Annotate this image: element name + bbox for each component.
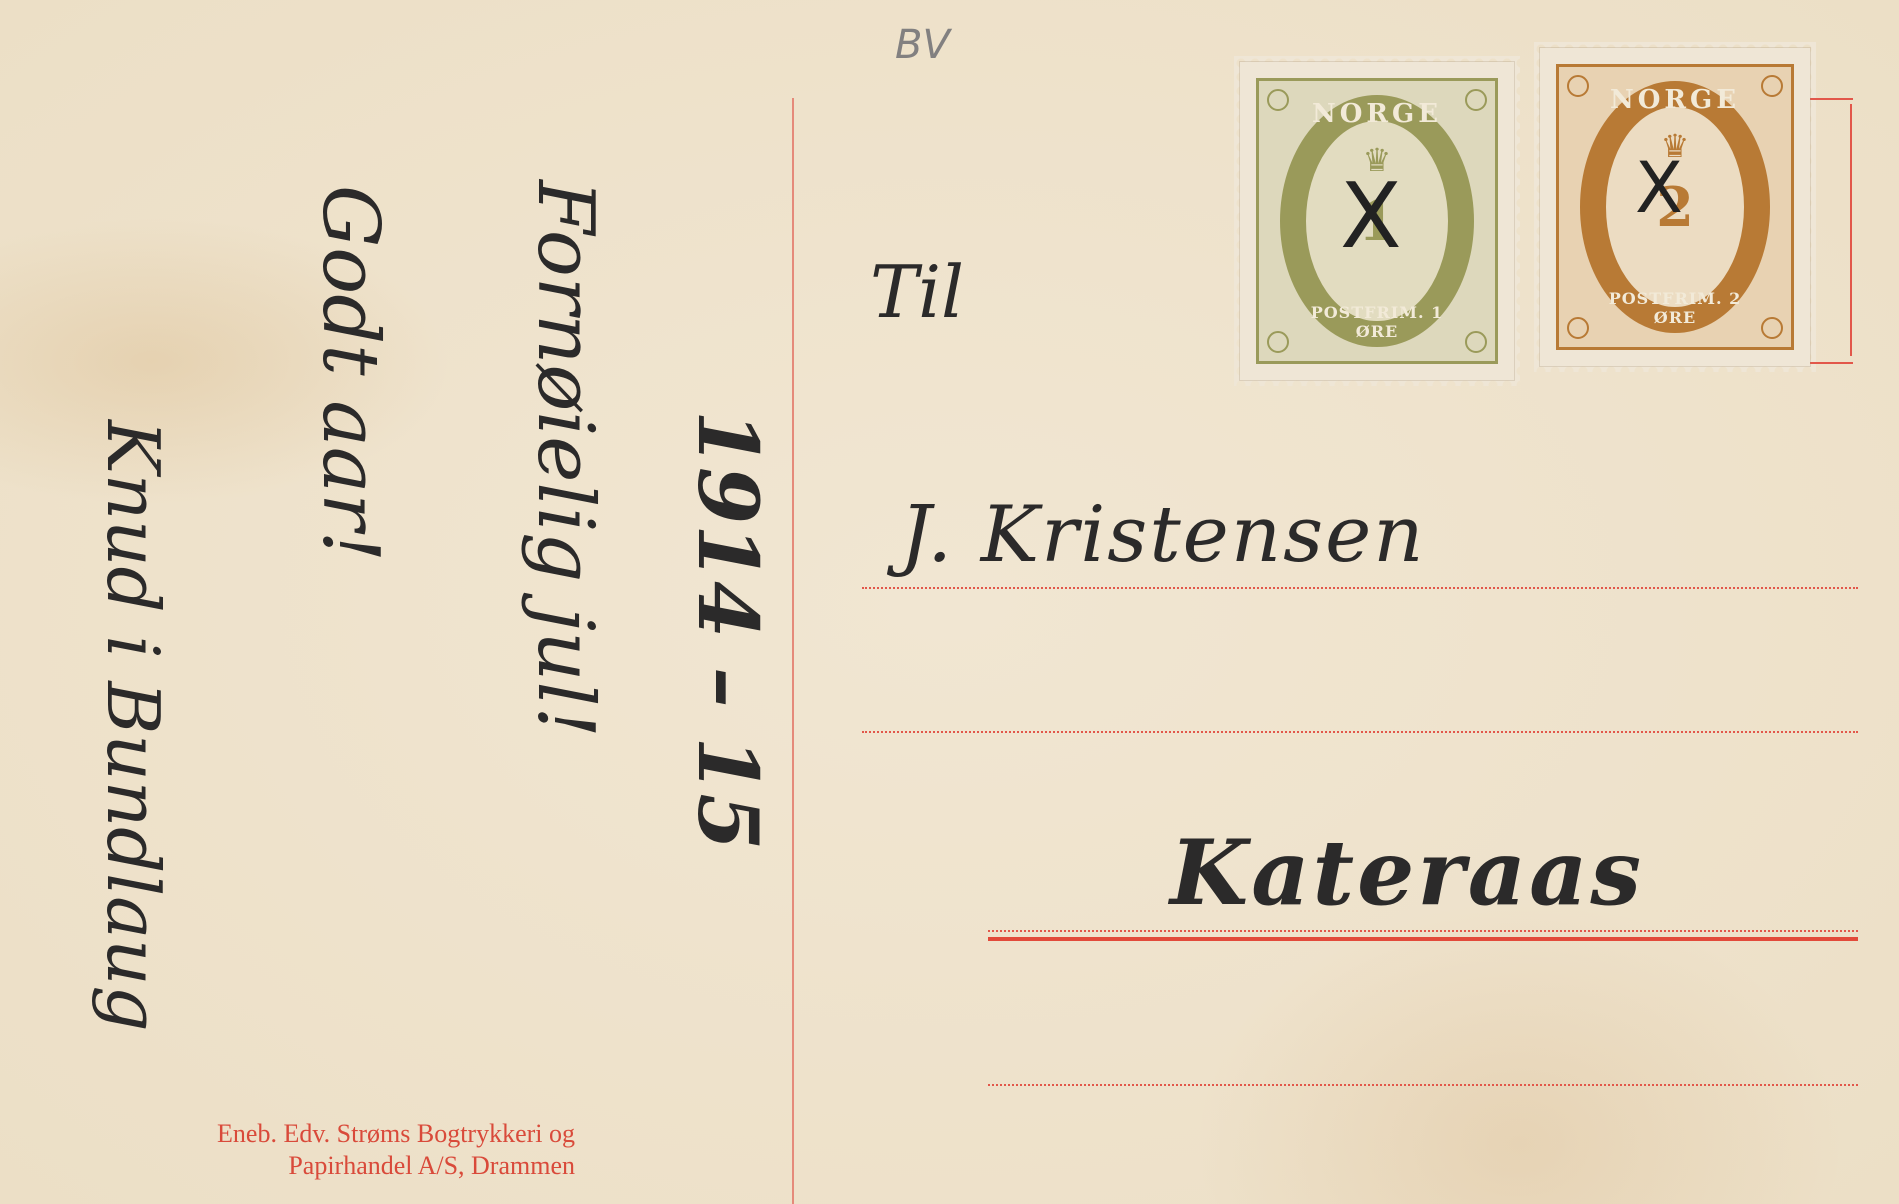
message-date: 1914 – 15 [679, 410, 775, 850]
address-line-2 [862, 731, 1858, 733]
ornament-icon [1761, 317, 1783, 339]
address-line-1 [862, 587, 1858, 589]
printer-imprint: Eneb. Edv. Strøms Bogtrykkeri og Papirha… [70, 1118, 575, 1182]
postcard-back: BV NORGE ♛ 1 POSTFRIM. 1 ØRE X [0, 0, 1899, 1204]
stamp-inscription: POSTFRIM. 2 ØRE [1606, 289, 1744, 327]
pencil-note: BV [895, 22, 950, 68]
ornament-icon [1267, 331, 1289, 353]
stamp-country: NORGE [1606, 85, 1744, 115]
stamp-1-ore: NORGE ♛ 1 POSTFRIM. 1 ØRE X [1240, 62, 1514, 380]
cancel-x-mark: X [1635, 153, 1683, 223]
address-line-3-solid [988, 937, 1858, 941]
stamp-2-ore: NORGE ♛ 2 POSTFRIM. 2 ØRE X [1540, 48, 1810, 366]
stamp-inscription: POSTFRIM. 1 ØRE [1306, 303, 1448, 341]
center-divider-line [792, 98, 794, 1204]
ornament-icon [1567, 317, 1589, 339]
ornament-icon [1465, 331, 1487, 353]
address-line-3 [988, 930, 1858, 932]
printer-imprint-line-1: Eneb. Edv. Strøms Bogtrykkeri og [70, 1118, 575, 1150]
stamp-box-bracket [1808, 98, 1853, 364]
stamp-box-bracket-side [1850, 104, 1852, 356]
message-line-2: Godt aar! [305, 185, 395, 562]
address-line-4 [988, 1084, 1858, 1086]
message-line-1: Fornøielig jul! [520, 180, 610, 738]
ornament-icon [1761, 75, 1783, 97]
place-name-handwritten: Kateraas [1170, 820, 1644, 926]
stamp-country: NORGE [1306, 99, 1448, 129]
ornament-icon [1465, 89, 1487, 111]
salutation-handwritten: Til [870, 250, 964, 334]
recipient-name-handwritten: J. Kristensen [900, 490, 1426, 580]
ornament-icon [1267, 89, 1289, 111]
cancel-x-mark: X [1340, 172, 1402, 262]
message-signature: Knud i Bundlaug [91, 420, 175, 1032]
printer-imprint-line-2: Papirhandel A/S, Drammen [70, 1150, 575, 1182]
ornament-icon [1567, 75, 1589, 97]
